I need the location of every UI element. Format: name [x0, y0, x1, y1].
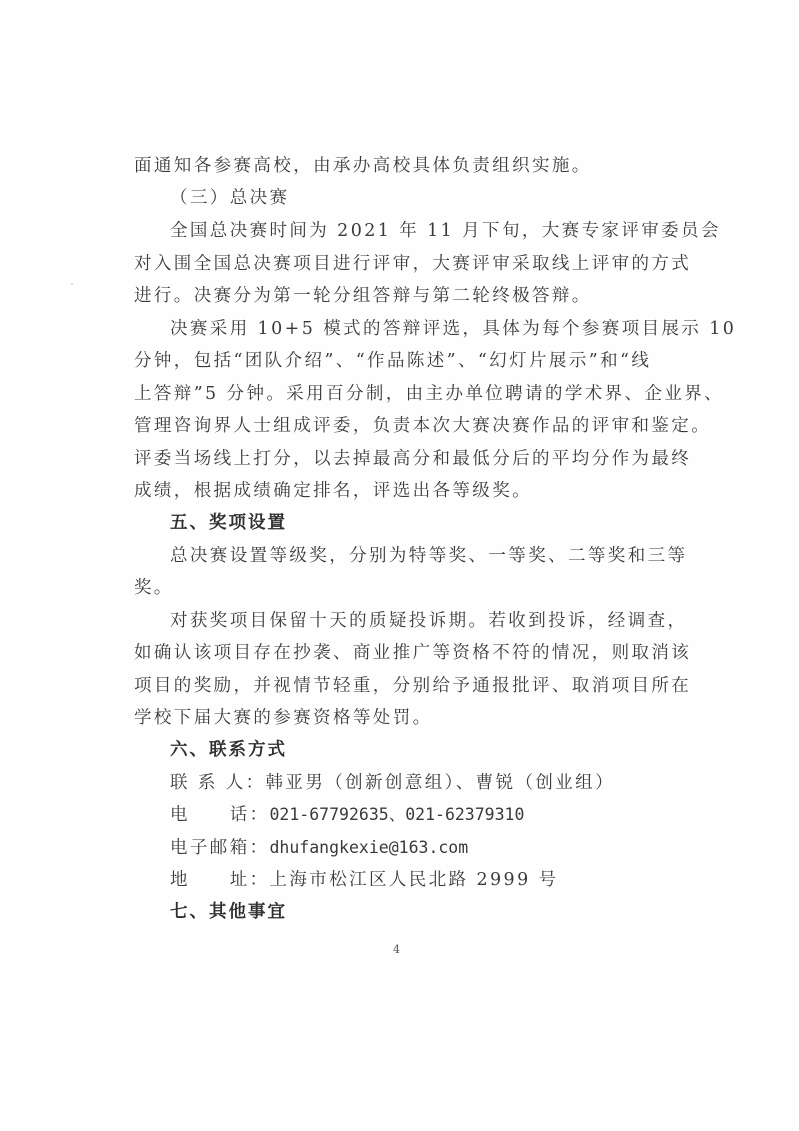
body-line: 决赛采用 10+5 模式的答辩评选，具体为每个参赛项目展示 10 [170, 318, 700, 340]
contact-phone-label: 电 话： [170, 804, 270, 826]
body-line: 总决赛设置等级奖，分别为特等奖、一等奖、二等奖和三等 [170, 545, 700, 567]
contact-person-value: 韩亚男（创新创意组）、曹锐（创业组） [266, 773, 615, 793]
body-line: 评委当场线上打分，以去掉最高分和最低分后的平均分作为最终 [134, 448, 664, 470]
body-line: 对获奖项目保留十天的质疑投诉期。若收到投诉，经调查， [170, 610, 700, 632]
contact-phone-row: 电 话：021-67792635、021-62379310 [170, 804, 700, 826]
heading-other: 七、其他事宜 [170, 901, 700, 923]
body-line: 项目的奖励，并视情节轻重，分别给予通报批评、取消项目所在 [134, 675, 664, 697]
page-number: 4 [393, 943, 400, 956]
contact-email-label: 电子邮箱： [170, 837, 270, 859]
contact-person-row: 联 系 人：韩亚男（创新创意组）、曹锐（创业组） [170, 772, 700, 794]
scan-speck [71, 283, 73, 285]
document-page: 面通知各参赛高校，由承办高校具体负责组织实施。 （三）总决赛 全国总决赛时间为 … [0, 0, 799, 1131]
body-line: 如确认该项目存在抄袭、商业推广等资格不符的情况，则取消该 [134, 642, 664, 664]
body-line: 全国总决赛时间为 2021 年 11 月下旬，大赛专家评审委员会 [170, 220, 700, 242]
body-line: 奖。 [134, 577, 664, 599]
body-line: 进行。决赛分为第一轮分组答辩与第二轮终极答辩。 [134, 285, 664, 307]
heading-awards: 五、奖项设置 [170, 512, 700, 534]
heading-contact: 六、联系方式 [170, 739, 700, 761]
contact-phone-value: 021-67792635、021-62379310 [270, 805, 525, 824]
contact-address-label: 地 址： [170, 869, 270, 891]
contact-email-row: 电子邮箱：dhufangkexie@163.com [170, 837, 700, 859]
contact-address-row: 地 址：上海市松江区人民北路 2999 号 [170, 869, 700, 891]
contact-person-label: 联 系 人： [170, 772, 266, 794]
body-line: 分钟，包括“团队介绍”、“作品陈述”、“幻灯片展示”和“线 [134, 350, 664, 372]
body-line: 成绩，根据成绩确定排名，评选出各等级奖。 [134, 480, 664, 502]
body-line: 管理咨询界人士组成评委，负责本次大赛决赛作品的评审和鉴定。 [134, 415, 664, 437]
body-line: 对入围全国总决赛项目进行评审，大赛评审采取线上评审的方式 [134, 253, 664, 275]
body-line: 面通知各参赛高校，由承办高校具体负责组织实施。 [134, 155, 664, 177]
body-line: 学校下届大赛的参赛资格等处罚。 [134, 707, 664, 729]
subheading-final: （三）总决赛 [170, 187, 700, 209]
body-line: 上答辩”5 分钟。采用百分制，由主办单位聘请的学术界、企业界、 [134, 383, 664, 405]
contact-email-value[interactable]: dhufangkexie@163.com [270, 838, 469, 857]
contact-address-value: 上海市松江区人民北路 2999 号 [270, 870, 559, 890]
